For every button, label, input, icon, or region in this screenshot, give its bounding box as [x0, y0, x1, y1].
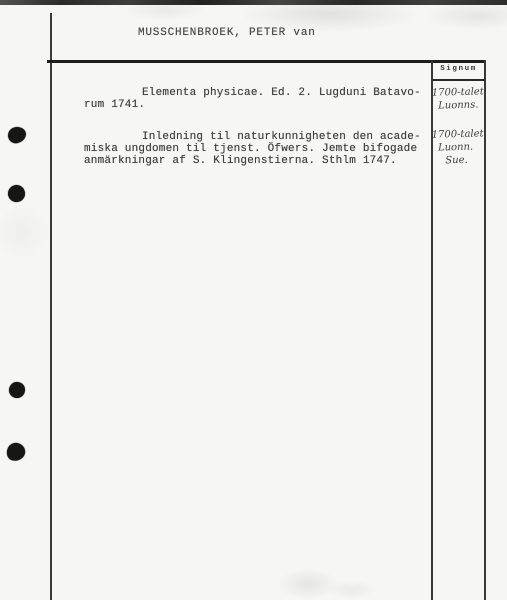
- catalog-entry: Elementa physicae. Ed. 2. Lugduni Batavo…: [84, 87, 430, 111]
- entry-text-line: Elementa physicae. Ed. 2. Lugduni Batavo…: [84, 87, 430, 99]
- handwritten-signum-note: 1700-talet Luonn. Sue.: [431, 127, 486, 167]
- library-catalog-card-scan: MUSSCHENBROEK, PETER van Signum Elementa…: [0, 0, 507, 600]
- entry-text-line: miska ungdomen til tjenst. Öfwers. Jemte…: [84, 143, 430, 155]
- handwritten-signum-note: 1700-talet Luonns.: [432, 85, 487, 112]
- entry-text-line: Inledning til naturkunnigheten den acade…: [84, 131, 430, 143]
- table-top-rule: [47, 60, 486, 63]
- punch-hole: [7, 184, 26, 203]
- punch-hole: [7, 125, 28, 144]
- entry-text-line: anmärkningar af S. Klingenstierna. Sthlm…: [84, 155, 430, 167]
- catalog-entry: Inledning til naturkunnigheten den acade…: [84, 131, 430, 167]
- signum-column-header: Signum: [433, 65, 484, 73]
- punch-hole: [5, 441, 27, 463]
- author-heading: MUSSCHENBROEK, PETER van: [138, 27, 316, 39]
- card-left-margin-line: [50, 13, 52, 600]
- signum-note-line: Luonns.: [432, 98, 486, 112]
- scan-top-edge: [0, 0, 507, 5]
- entry-text-line: rum 1741.: [84, 99, 430, 111]
- punch-hole: [8, 381, 25, 398]
- signum-note-line: 1700-talet: [431, 127, 485, 141]
- signum-note-line: Sue.: [432, 153, 486, 167]
- signum-header-underline: [432, 79, 485, 81]
